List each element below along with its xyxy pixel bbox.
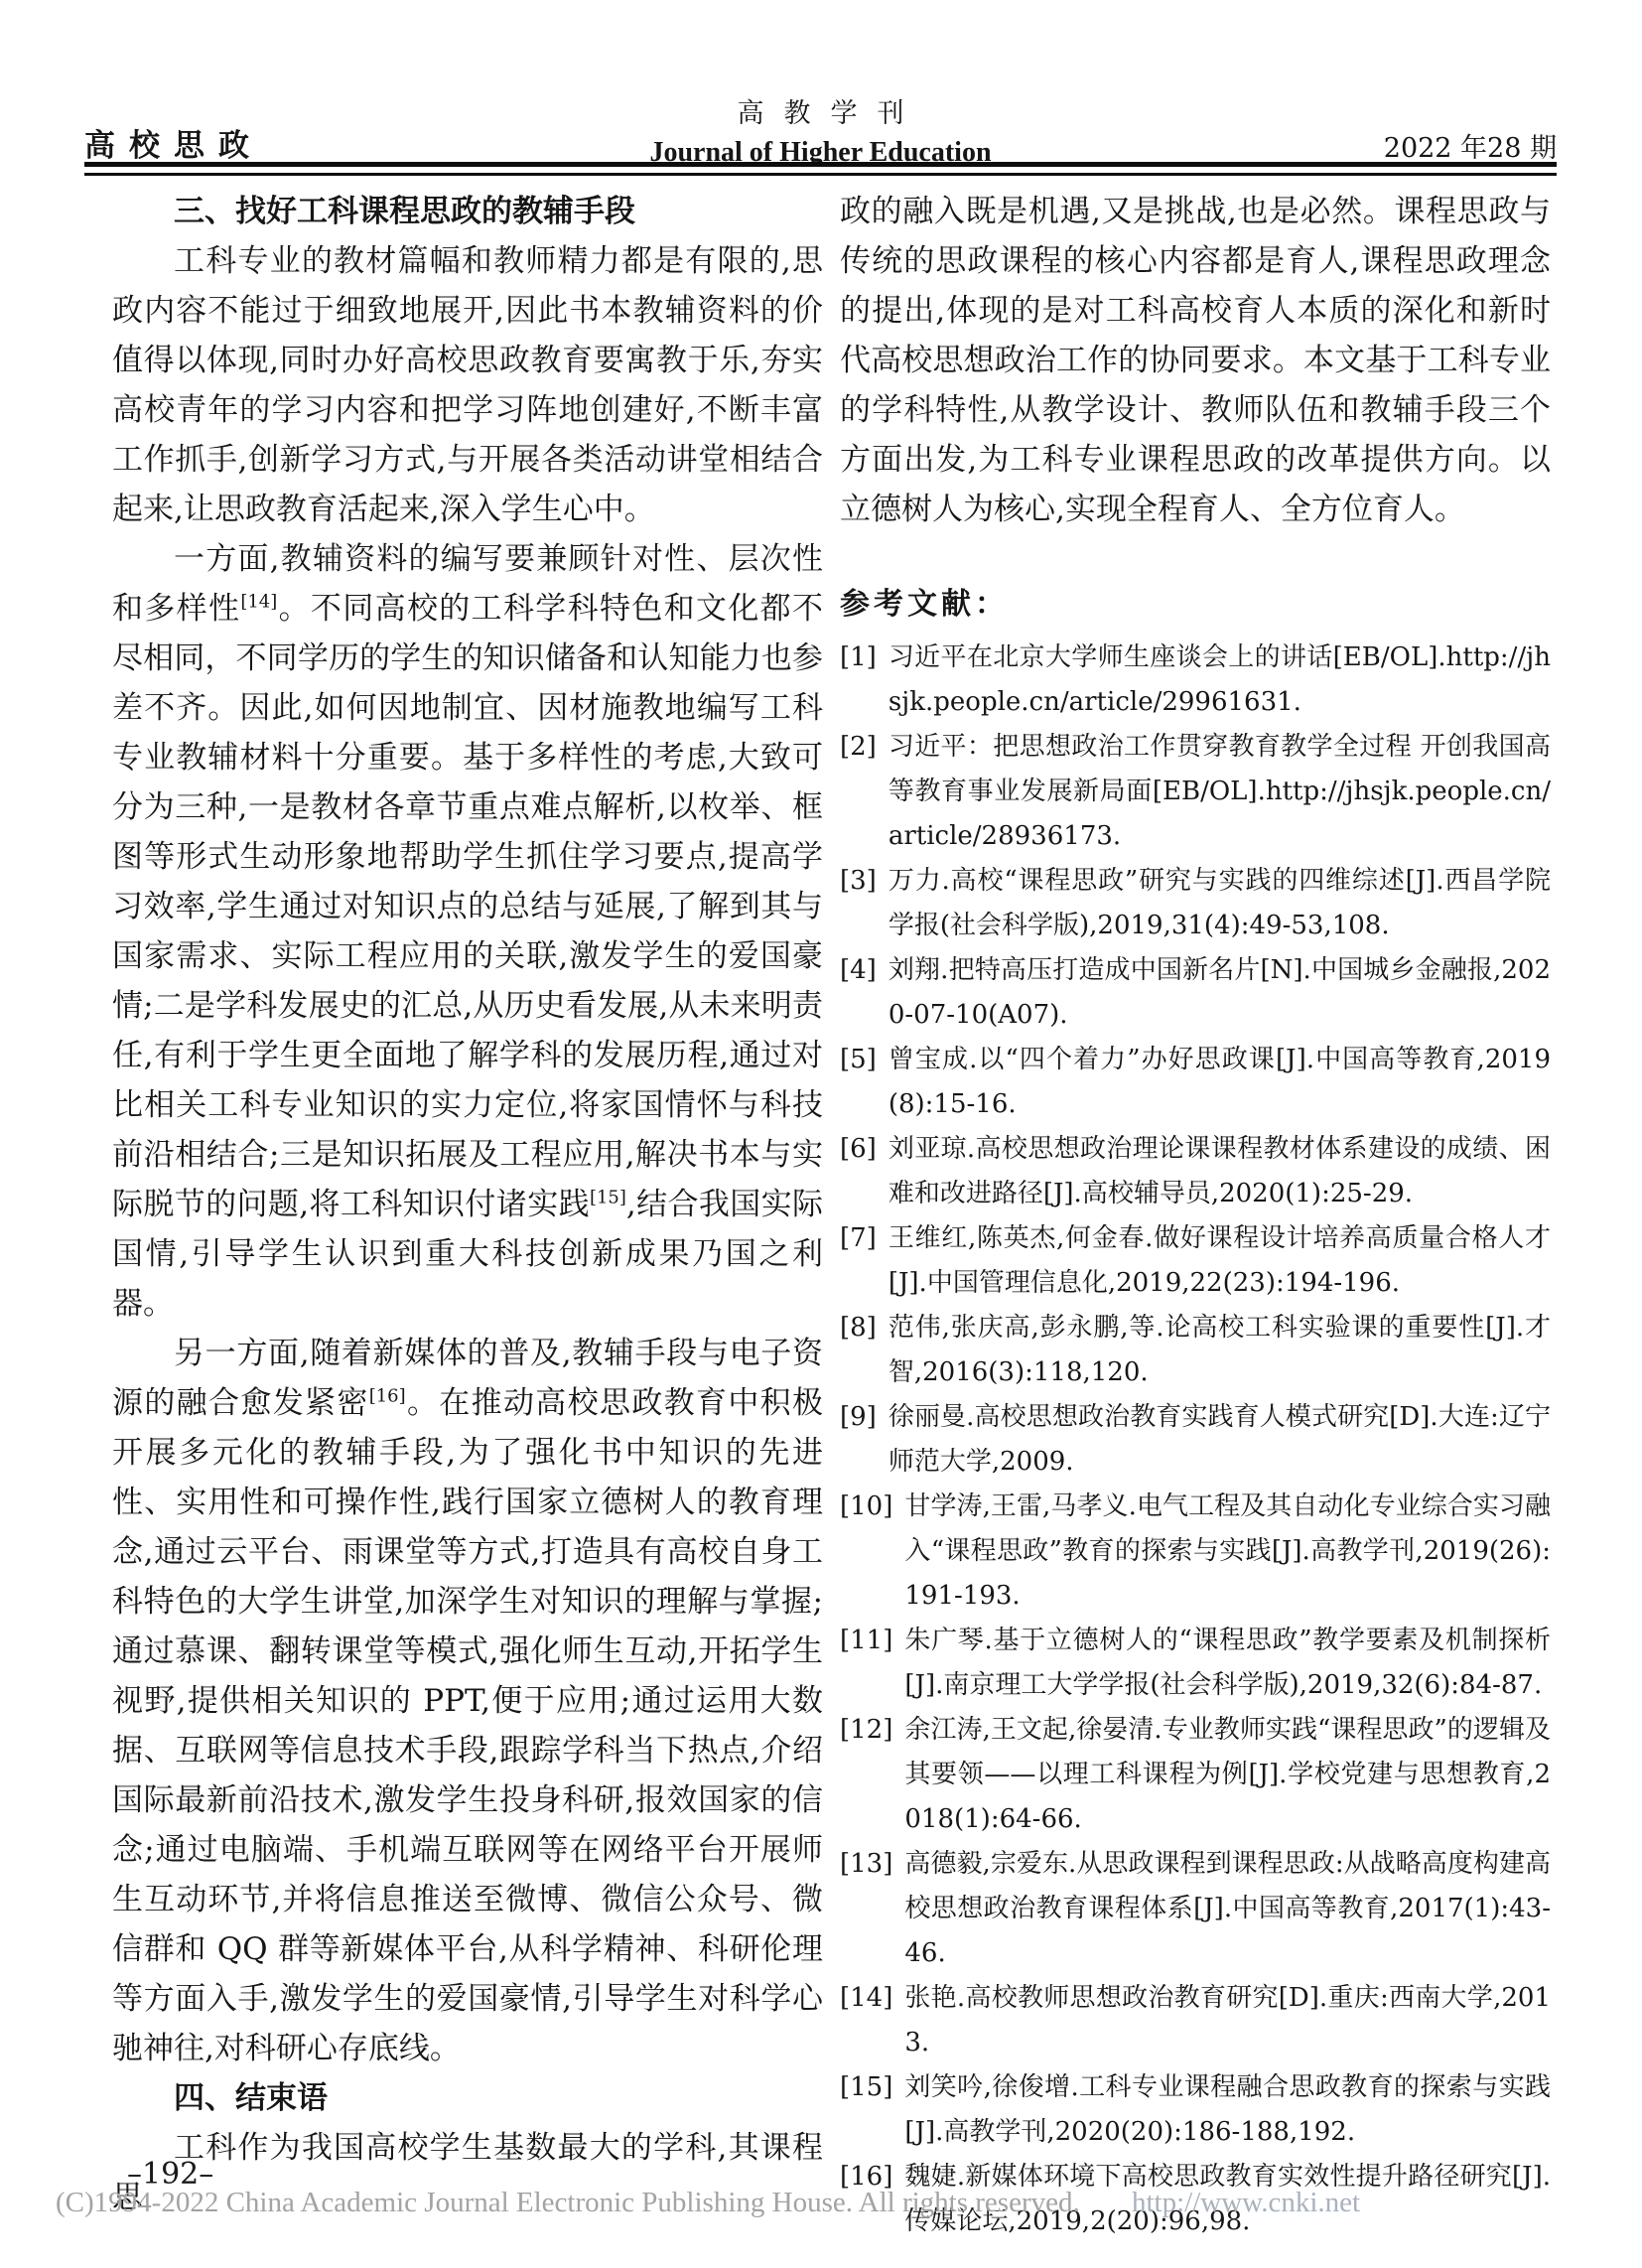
reference-text: 高德毅,宗爱东.从思政课程到课程思政:从战略高度构建高校思想政治教育课程体系[J… — [904, 1842, 1551, 1976]
reference-item: [10] 甘学涛,王雷,马孝义.电气工程及其自动化专业综合实习融入“课程思政”教… — [840, 1485, 1551, 1619]
reference-number: [5] — [840, 1038, 889, 1127]
reference-number: [8] — [840, 1306, 889, 1395]
journal-title-cn: 高教学刊 — [649, 91, 991, 130]
reference-item: [3] 万力.高校“课程思政”研究与实践的四维综述[J].西昌学院学报(社会科学… — [840, 859, 1551, 948]
references-list: [1] 习近平在北京大学师生座谈会上的讲话[EB/OL].http://jhsj… — [840, 636, 1551, 2244]
reference-text: 曾宝成.以“四个着力”办好思政课[J].中国高等教育,2019(8):15-16… — [889, 1038, 1551, 1127]
paragraph: 工科专业的教材篇幅和教师精力都是有限的,思政内容不能过于细致地展开,因此书本教辅… — [112, 236, 823, 534]
reference-item: [5] 曾宝成.以“四个着力”办好思政课[J].中国高等教育,2019(8):1… — [840, 1038, 1551, 1127]
reference-number: [11] — [840, 1619, 904, 1708]
citation-superscript: [16] — [369, 1386, 406, 1407]
journal-title-block: 高教学刊 Journal of Higher Education — [649, 91, 991, 169]
reference-text: 朱广琴.基于立德树人的“课程思政”教学要素及机制探析[J].南京理工大学学报(社… — [904, 1619, 1551, 1708]
reference-item: [6] 刘亚琼.高校思想政治理论课课程教材体系建设的成绩、困难和改进路径[J].… — [840, 1127, 1551, 1216]
reference-number: [1] — [840, 636, 889, 725]
reference-text: 余江涛,王文起,徐晏清.专业教师实践“课程思政”的逻辑及其要领——以理工科课程为… — [904, 1708, 1551, 1842]
reference-text: 习近平：把思想政治工作贯穿教育教学全过程 开创我国高等教育事业发展新局面[EB/… — [889, 725, 1551, 859]
reference-item: [14] 张艳.高校教师思想政治教育研究[D].重庆:西南大学,2013. — [840, 1976, 1551, 2065]
footer-url: http://www.cnki.net — [1132, 2187, 1360, 2218]
reference-item: [15] 刘笑吟,徐俊增.工科专业课程融合思政教育的探索与实践[J].高教学刊,… — [840, 2065, 1551, 2155]
reference-number: [14] — [840, 1976, 904, 2065]
header-double-rule — [84, 162, 1557, 176]
reference-item: [4] 刘翔.把特高压打造成中国新名片[N].中国城乡金融报,2020-07-1… — [840, 948, 1551, 1038]
reference-number: [4] — [840, 948, 889, 1038]
reference-text: 万力.高校“课程思政”研究与实践的四维综述[J].西昌学院学报(社会科学版),2… — [889, 859, 1551, 948]
left-column: 三、找好工科课程思政的教辅手段 工科专业的教材篇幅和教师精力都是有限的,思政内容… — [112, 187, 823, 2244]
reference-number: [15] — [840, 2065, 904, 2155]
paragraph: 政的融入既是机遇,又是挑战,也是必然。课程思政与传统的思政课程的核心内容都是育人… — [840, 187, 1551, 534]
reference-number: [13] — [840, 1842, 904, 1976]
reference-text: 刘亚琼.高校思想政治理论课课程教材体系建设的成绩、困难和改进路径[J].高校辅导… — [889, 1127, 1551, 1216]
reference-text: 王维红,陈英杰,何金春.做好课程设计培养高质量合格人才[J].中国管理信息化,2… — [889, 1216, 1551, 1306]
reference-number: [10] — [840, 1485, 904, 1619]
reference-text: 张艳.高校教师思想政治教育研究[D].重庆:西南大学,2013. — [904, 1976, 1551, 2065]
column-section-label: 高校思政 — [84, 120, 263, 165]
paragraph: 另一方面,随着新媒体的普及,教辅手段与电子资源的融合愈发紧密[16]。在推动高校… — [112, 1329, 823, 2073]
paragraph: 一方面,教辅资料的编写要兼顾针对性、层次性和多样性[14]。不同高校的工科学科特… — [112, 534, 823, 1329]
section-heading-4: 四、结束语 — [112, 2073, 823, 2123]
reference-item: [13] 高德毅,宗爱东.从思政课程到课程思政:从战略高度构建高校思想政治教育课… — [840, 1842, 1551, 1976]
reference-text: 刘笑吟,徐俊增.工科专业课程融合思政教育的探索与实践[J].高教学刊,2020(… — [904, 2065, 1551, 2155]
reference-text: 范伟,张庆高,彭永鹏,等.论高校工科实验课的重要性[J].才智,2016(3):… — [889, 1306, 1551, 1395]
paragraph-text: 。在推动高校思政教育中积极开展多元化的教辅手段,为了强化书中知识的先进性、实用性… — [112, 1385, 823, 2066]
reference-text: 习近平在北京大学师生座谈会上的讲话[EB/OL].http://jhsjk.pe… — [889, 636, 1551, 725]
reference-number: [9] — [840, 1395, 889, 1485]
reference-text: 刘翔.把特高压打造成中国新名片[N].中国城乡金融报,2020-07-10(A0… — [889, 948, 1551, 1038]
reference-number: [12] — [840, 1708, 904, 1842]
citation-superscript: [14] — [240, 592, 277, 613]
reference-item: [9] 徐丽曼.高校思想政治教育实践育人模式研究[D].大连:辽宁师范大学,20… — [840, 1395, 1551, 1485]
reference-item: [12] 余江涛,王文起,徐晏清.专业教师实践“课程思政”的逻辑及其要领——以理… — [840, 1708, 1551, 1842]
reference-item: [7] 王维红,陈英杰,何金春.做好课程设计培养高质量合格人才[J].中国管理信… — [840, 1216, 1551, 1306]
reference-item: [11] 朱广琴.基于立德树人的“课程思政”教学要素及机制探析[J].南京理工大… — [840, 1619, 1551, 1708]
reference-text: 徐丽曼.高校思想政治教育实践育人模式研究[D].大连:辽宁师范大学,2009. — [889, 1395, 1551, 1485]
article-body: 三、找好工科课程思政的教辅手段 工科专业的教材篇幅和教师精力都是有限的,思政内容… — [112, 187, 1551, 2244]
reference-number: [7] — [840, 1216, 889, 1306]
issue-label: 2022 年28 期 — [1384, 126, 1557, 165]
journal-page: 高校思政 高教学刊 Journal of Higher Education 20… — [0, 0, 1642, 2268]
page-header: 高校思政 高教学刊 Journal of Higher Education 20… — [84, 91, 1557, 169]
reference-item: [8] 范伟,张庆高,彭永鹏,等.论高校工科实验课的重要性[J].才智,2016… — [840, 1306, 1551, 1395]
right-column: 政的融入既是机遇,又是挑战,也是必然。课程思政与传统的思政课程的核心内容都是育人… — [840, 187, 1551, 2244]
section-heading-3: 三、找好工科课程思政的教辅手段 — [112, 187, 823, 236]
reference-number: [6] — [840, 1127, 889, 1216]
references-heading: 参考文献： — [840, 586, 1551, 624]
citation-superscript: [15] — [590, 1188, 626, 1208]
reference-text: 甘学涛,王雷,马孝义.电气工程及其自动化专业综合实习融入“课程思政”教育的探索与… — [904, 1485, 1551, 1619]
reference-item: [1] 习近平在北京大学师生座谈会上的讲话[EB/OL].http://jhsj… — [840, 636, 1551, 725]
footer-copyright: (C)1994-2022 China Academic Journal Elec… — [56, 2187, 1360, 2219]
reference-number: [2] — [840, 725, 889, 859]
reference-number: [3] — [840, 859, 889, 948]
reference-item: [2] 习近平：把思想政治工作贯穿教育教学全过程 开创我国高等教育事业发展新局面… — [840, 725, 1551, 859]
copyright-text: (C)1994-2022 China Academic Journal Elec… — [56, 2187, 1080, 2218]
paragraph-text: 。不同高校的工科学科特色和文化都不尽相同，不同学历的学生的知识储备和认知能力也参… — [112, 591, 823, 1222]
